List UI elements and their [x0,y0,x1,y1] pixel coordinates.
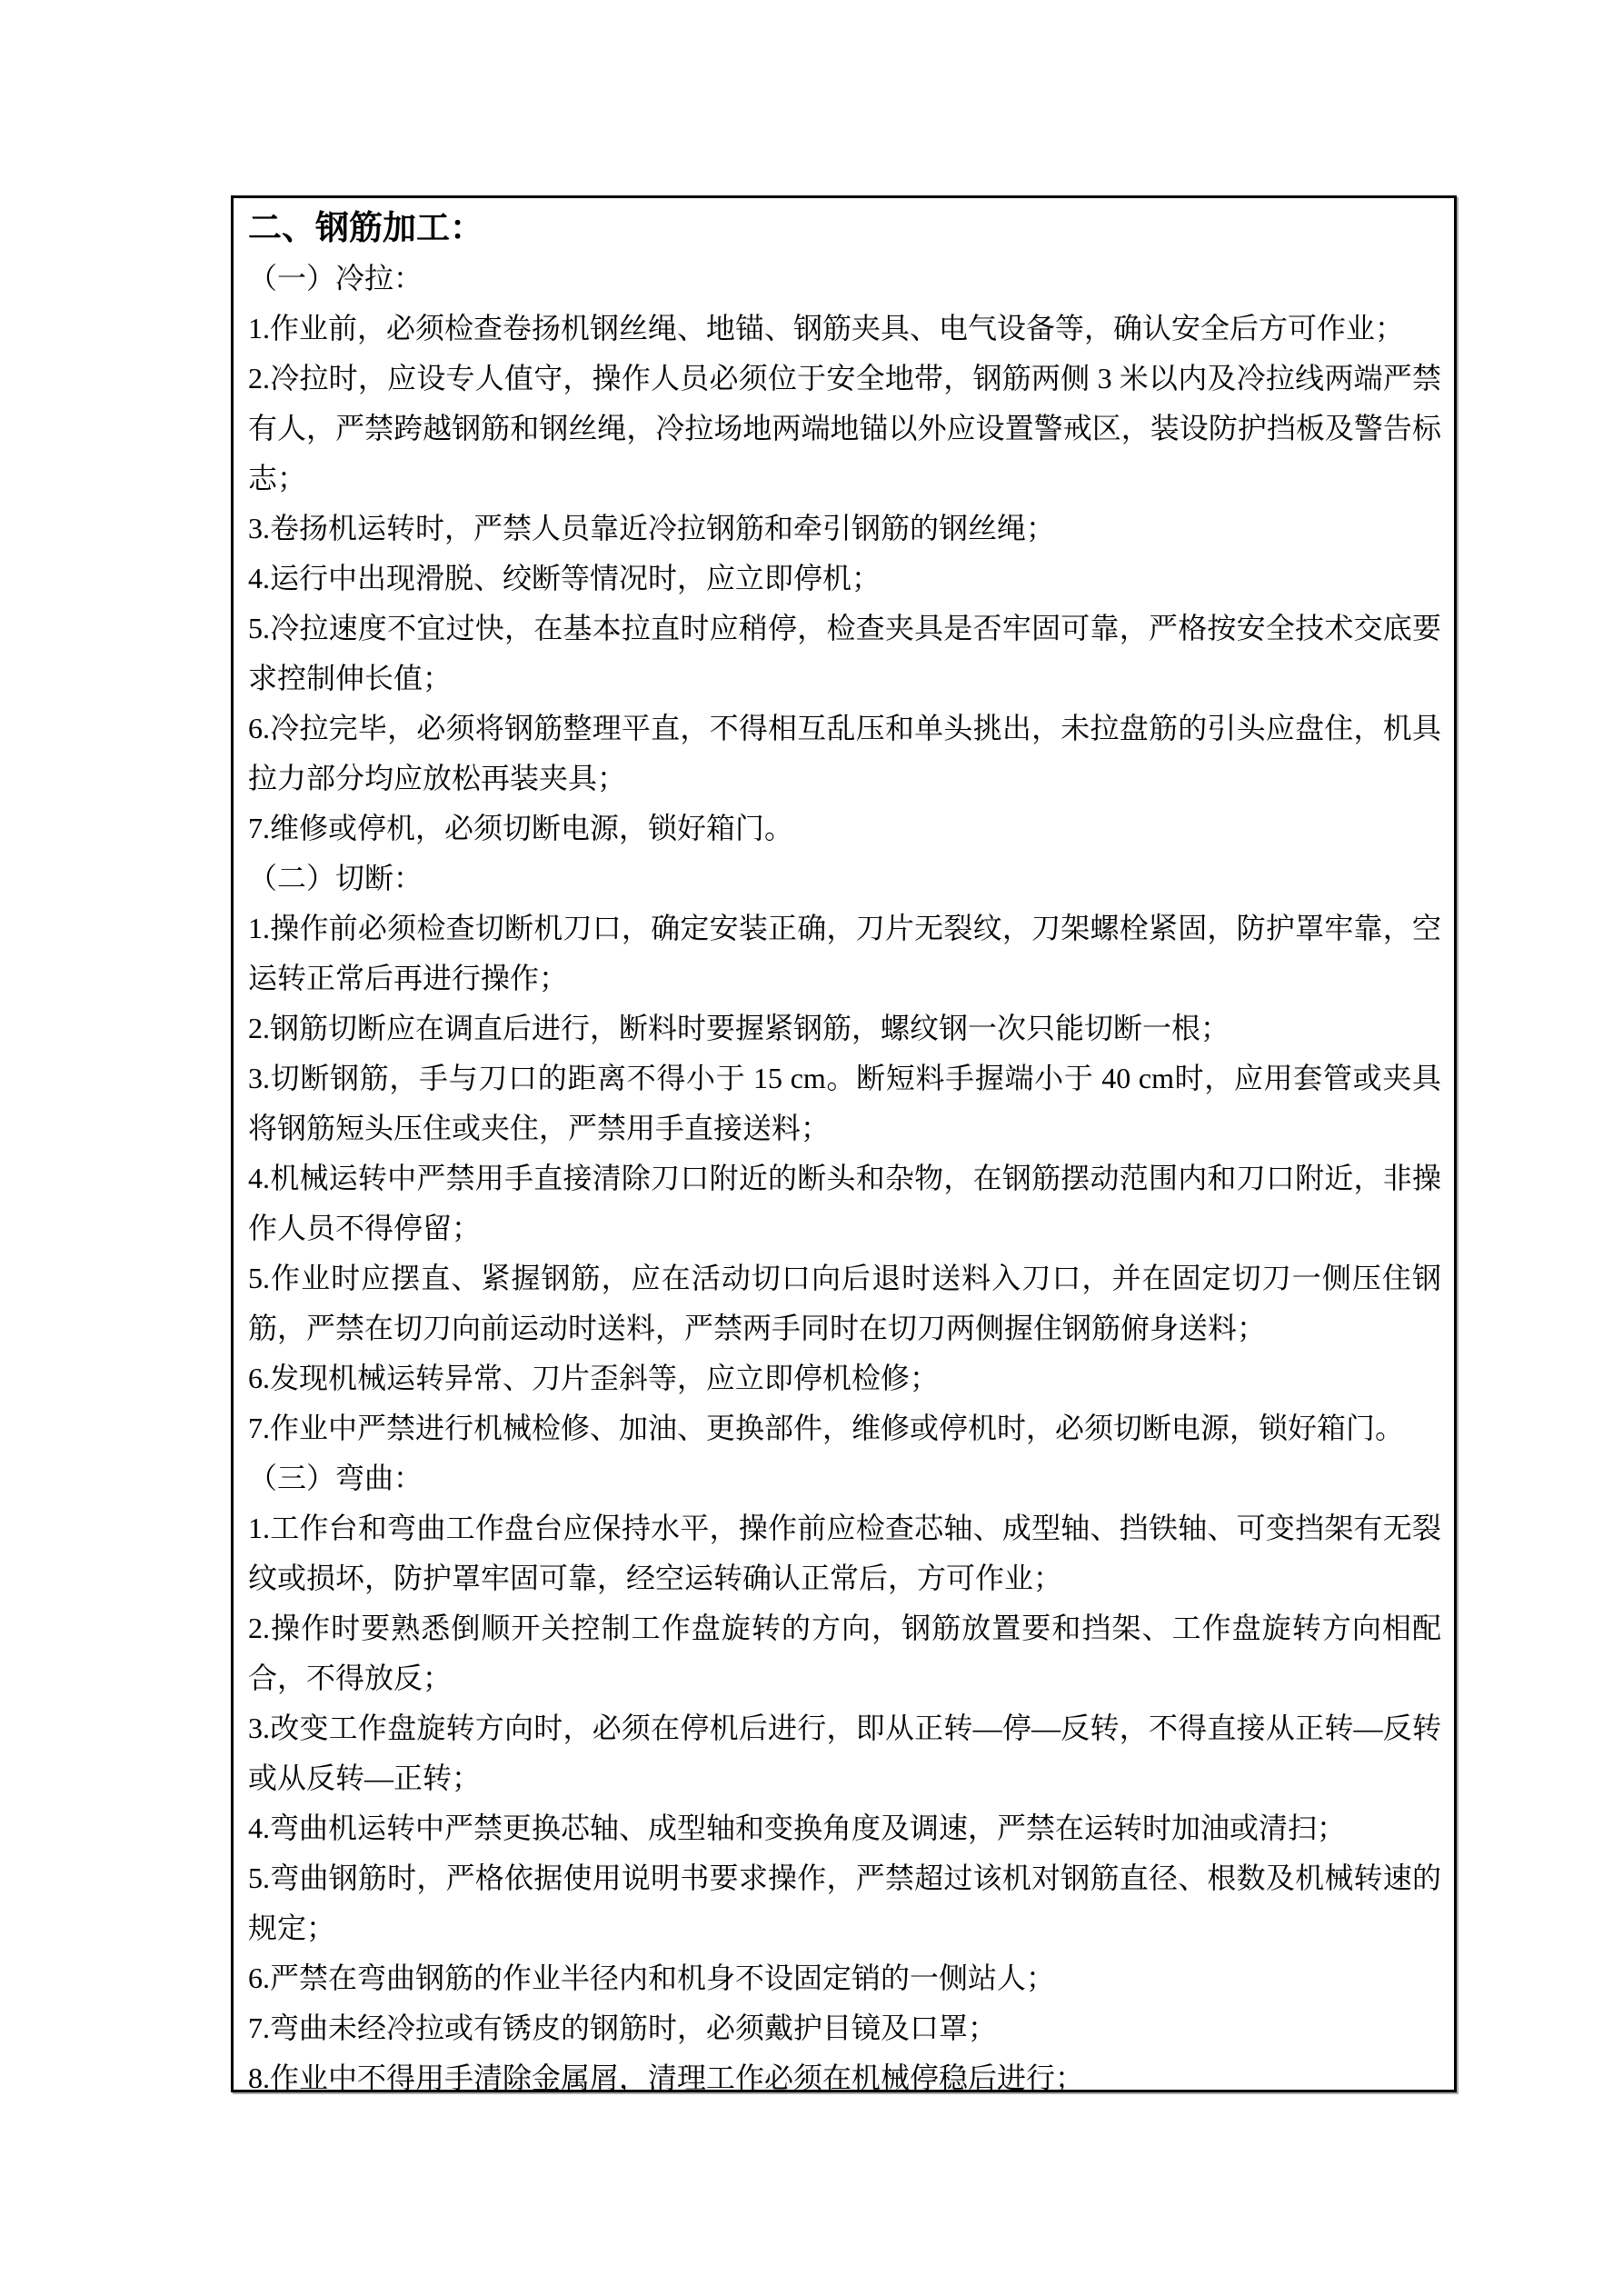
rule-item: 4.弯曲机运转中严禁更换芯轴、成型轴和变换角度及调速，严禁在运转时加油或清扫； [248,1803,1441,1853]
rule-item: 2.操作时要熟悉倒顺开关控制工作盘旋转的方向，钢筋放置要和挡架、工作盘旋转方向相… [248,1603,1441,1703]
rule-item: 2.冷拉时，应设专人值守，操作人员必须位于安全地带，钢筋两侧 3 米以内及冷拉线… [248,354,1441,504]
section-heading: （三）弯曲： [248,1453,1441,1503]
rule-item: 1.工作台和弯曲工作盘台应保持水平，操作前应检查芯轴、成型轴、挡铁轴、可变挡架有… [248,1503,1441,1603]
rule-item: 5.弯曲钢筋时，严格依据使用说明书要求操作，严禁超过该机对钢筋直径、根数及机械转… [248,1853,1441,1953]
rule-item: 5.冷拉速度不宜过快，在基本拉直时应稍停，检查夹具是否牢固可靠，严格按安全技术交… [248,604,1441,704]
rule-item: 5.作业时应摆直、紧握钢筋，应在活动切口向后退时送料入刀口，并在固定切刀一侧压住… [248,1253,1441,1353]
rule-item: 8.作业中不得用手清除金属屑，清理工作必须在机械停稳后进行； [248,2053,1441,2092]
document-page: 二、钢筋加工：（一）冷拉：1.作业前，必须检查卷扬机钢丝绳、地锚、钢筋夹具、电气… [0,0,1623,2296]
rule-item: 6.严禁在弯曲钢筋的作业半径内和机身不设固定销的一侧站人； [248,1953,1441,2003]
rule-item: 6.发现机械运转异常、刀片歪斜等，应立即停机检修； [248,1353,1441,1403]
rule-item: 6.冷拉完毕，必须将钢筋整理平直，不得相互乱压和单头挑出，未拉盘筋的引头应盘住，… [248,704,1441,804]
rule-item: 3.切断钢筋，手与刀口的距离不得小于 15 cm。断短料手握端小于 40 cm时… [248,1053,1441,1153]
rule-item: 3.卷扬机运转时，严禁人员靠近冷拉钢筋和牵引钢筋的钢丝绳； [248,504,1441,554]
rule-item: 7.维修或停机，必须切断电源，锁好箱门。 [248,804,1441,854]
section-heading: （二）切断： [248,854,1441,903]
section-heading: （一）冷拉： [248,254,1441,304]
rule-item: 1.操作前必须检查切断机刀口，确定安装正确，刀片无裂纹，刀架螺栓紧固，防护罩牢靠… [248,903,1441,1003]
rule-item: 3.改变工作盘旋转方向时，必须在停机后进行，即从正转—停—反转，不得直接从正转—… [248,1703,1441,1803]
rule-item: 7.弯曲未经冷拉或有锈皮的钢筋时，必须戴护目镜及口罩； [248,2003,1441,2053]
document-title: 二、钢筋加工： [248,204,1441,254]
content-box: 二、钢筋加工：（一）冷拉：1.作业前，必须检查卷扬机钢丝绳、地锚、钢筋夹具、电气… [231,195,1457,2092]
rule-item: 1.作业前，必须检查卷扬机钢丝绳、地锚、钢筋夹具、电气设备等，确认安全后方可作业… [248,304,1441,354]
rule-item: 2.钢筋切断应在调直后进行，断料时要握紧钢筋，螺纹钢一次只能切断一根； [248,1003,1441,1053]
rule-item: 4.机械运转中严禁用手直接清除刀口附近的断头和杂物，在钢筋摆动范围内和刀口附近，… [248,1153,1441,1253]
rule-item: 4.运行中出现滑脱、绞断等情况时，应立即停机； [248,554,1441,604]
rule-item: 7.作业中严禁进行机械检修、加油、更换部件，维修或停机时，必须切断电源，锁好箱门… [248,1403,1441,1453]
